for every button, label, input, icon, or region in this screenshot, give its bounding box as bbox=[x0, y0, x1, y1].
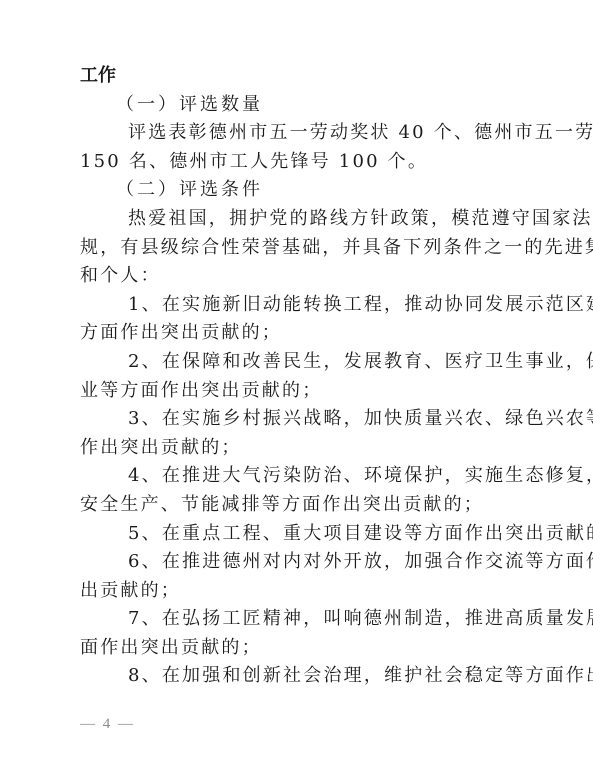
section-title: 工作 bbox=[80, 62, 516, 91]
condition-item-2: 2、在保障和改善民生，发展教育、医疗卫生事业，保障就 bbox=[80, 348, 516, 377]
condition-item-1: 1、在实施新旧动能转换工程，推动协同发展示范区建设等 bbox=[80, 291, 516, 320]
condition-item-4: 4、在推进大气污染防治、环境保护，实施生态修复，促进 bbox=[80, 462, 516, 491]
condition-item-3-cont: 作出突出贡献的； bbox=[80, 434, 516, 463]
condition-item-7-cont: 面作出突出贡献的； bbox=[80, 634, 516, 663]
condition-item-3: 3、在实施乡村振兴战略，加快质量兴农、绿色兴农等方面 bbox=[80, 405, 516, 434]
condition-item-6-cont: 出贡献的； bbox=[80, 577, 516, 606]
condition-item-8: 8、在加强和创新社会治理，维护社会稳定等方面作出突出 bbox=[80, 662, 516, 691]
condition-item-6: 6、在推进德州对内对外开放，加强合作交流等方面作出突 bbox=[80, 548, 516, 577]
paragraph-line: 热爱祖国，拥护党的路线方针政策，模范遵守国家法律法 bbox=[80, 205, 516, 234]
paragraph-line: 和个人： bbox=[80, 262, 516, 291]
condition-item-4-cont: 安全生产、节能减排等方面作出突出贡献的； bbox=[80, 491, 516, 520]
paragraph-line: 评选表彰德州市五一劳动奖状 40 个、德州市五一劳动奖章 bbox=[80, 119, 516, 148]
condition-item-7: 7、在弘扬工匠精神，叫响德州制造，推进高质量发展等方 bbox=[80, 605, 516, 634]
paragraph-line: 150 名、德州市工人先锋号 100 个。 bbox=[80, 148, 516, 177]
condition-item-1-cont: 方面作出突出贡献的； bbox=[80, 319, 516, 348]
condition-item-5: 5、在重点工程、重大项目建设等方面作出突出贡献的； bbox=[80, 520, 516, 549]
subsection-heading-quantity: （一）评选数量 bbox=[80, 91, 516, 120]
document-page: 工作 （一）评选数量 评选表彰德州市五一劳动奖状 40 个、德州市五一劳动奖章 … bbox=[80, 62, 516, 691]
subsection-heading-conditions: （二）评选条件 bbox=[80, 176, 516, 205]
condition-item-2-cont: 业等方面作出突出贡献的； bbox=[80, 377, 516, 406]
page-number: — 4 — bbox=[80, 716, 135, 733]
paragraph-line: 规，有县级综合性荣誉基础，并具备下列条件之一的先进集体 bbox=[80, 234, 516, 263]
